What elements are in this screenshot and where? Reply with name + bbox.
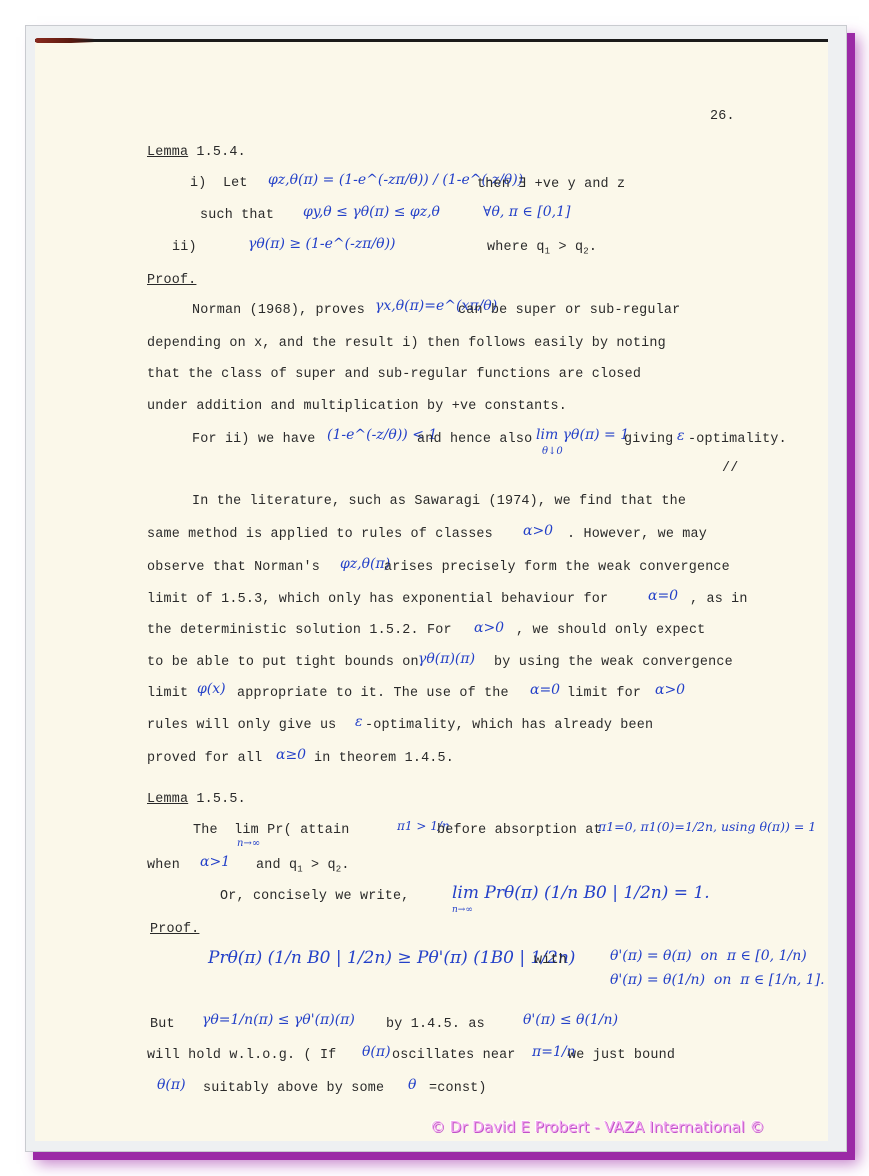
- such-that: such that: [200, 208, 274, 223]
- page-top-edge: [35, 39, 828, 42]
- para-line: the deterministic solution 1.5.2. For: [147, 623, 452, 638]
- page-number: 26.: [710, 109, 735, 124]
- formula-with-1: θ'(π) = θ(π) on π ∈ [0, 1/n): [610, 948, 807, 964]
- where-q: where q: [487, 240, 545, 255]
- formula-lim-sub: θ↓0: [542, 446, 563, 457]
- copyright-watermark: © Dr David E Probert - VAZA Internationa…: [430, 1118, 765, 1136]
- para-line: observe that Norman's: [147, 560, 320, 575]
- proof-line: under addition and multiplication by +ve…: [147, 399, 567, 414]
- para-line: proved for all: [147, 751, 262, 766]
- proof-line: can be super or sub-regular: [458, 303, 680, 318]
- const: =const): [429, 1081, 487, 1096]
- formula-quantifier: ∀θ, π ∈ [0,1]: [483, 204, 570, 220]
- para-line: limit for: [567, 686, 641, 701]
- suit-line: suitably above by some: [203, 1081, 384, 1096]
- para-line: arises precisely form the weak convergen…: [384, 560, 730, 575]
- alpha-eq-0: α=0: [648, 588, 678, 604]
- will-line: we just bound: [568, 1048, 675, 1063]
- proof-line: Norman (1968), proves: [192, 303, 365, 318]
- proof-line: -optimality.: [688, 432, 787, 447]
- proof-line: and hence also: [417, 432, 532, 447]
- will-line: oscillates near: [392, 1048, 516, 1063]
- lim-sub: n→∞: [237, 838, 260, 849]
- para-line: in theorem 1.4.5.: [314, 751, 454, 766]
- lemma2-the-lim: The lim Pr( attain: [193, 823, 349, 838]
- alpha-eq-0: α=0: [530, 682, 560, 698]
- epsilon: ε: [677, 428, 685, 444]
- para-line: . However, we may: [567, 527, 707, 542]
- and-q-text: and q: [256, 858, 297, 873]
- will-line: will hold w.l.o.g. ( If: [147, 1048, 336, 1063]
- formula-gamma-lower: γθ(π) ≥ (1-e^(-zπ/θ)): [248, 236, 396, 252]
- gt-q: > q: [303, 858, 336, 873]
- para-line: -optimality, which has already been: [365, 718, 653, 733]
- lemma-1-5-5-heading: Lemma 1.5.5.: [147, 792, 246, 807]
- alpha-gt-0: α>0: [474, 620, 504, 636]
- para-line: by using the weak convergence: [494, 655, 733, 670]
- formula-lim: lim γθ(π) = 1: [536, 427, 629, 443]
- lemma-i-label: i) Let: [190, 176, 248, 191]
- para-line: limit: [147, 686, 188, 701]
- formula-with-2: θ'(π) = θ(1/n) on π ∈ [1/n, 1].: [610, 972, 825, 988]
- para-line: , as in: [690, 592, 748, 607]
- formula-phi-z-norman: φz,θ(π): [340, 556, 390, 572]
- para-line: rules will only give us: [147, 718, 336, 733]
- alpha-gt-0: α>0: [523, 523, 553, 539]
- with: with: [534, 953, 567, 968]
- proof-line: giving: [624, 432, 673, 447]
- epsilon: ε: [355, 714, 363, 730]
- when: when: [147, 858, 180, 873]
- formula-bounds: φy,θ ≤ γθ(π) ≤ φz,θ: [303, 204, 440, 220]
- proof-line: For ii) we have: [192, 432, 316, 447]
- qed-mark: //: [722, 461, 738, 476]
- formula-by: θ'(π) ≤ θ(1/n): [523, 1012, 618, 1028]
- formula-concise: lim Prθ(π) (1/n B0 | 1/2n) = 1.: [452, 883, 710, 903]
- alpha-ge-0: α≥0: [276, 747, 306, 763]
- proof-line: depending on x, and the result i) then f…: [147, 336, 666, 351]
- alpha-gt-0: α>0: [655, 682, 685, 698]
- formula-concise-sub: n→∞: [452, 905, 473, 915]
- lemma-number: 1.5.4.: [188, 145, 246, 160]
- proof-heading: Proof.: [147, 273, 196, 288]
- but: But: [150, 1017, 175, 1032]
- by: by 1.4.5. as: [386, 1017, 485, 1032]
- alpha-gt-1: α>1: [200, 854, 230, 870]
- lemma-number: 1.5.5.: [188, 792, 246, 807]
- formula-but: γθ=1/n(π) ≤ γθ'(π)(π): [202, 1012, 355, 1028]
- lemma2-before: before absorption at: [437, 823, 602, 838]
- formula-pr-inequality: Prθ(π) (1/n B0 | 1/2n) ≥ Pθ'(π) (1B0 | 1…: [208, 948, 575, 968]
- formula-absorb: π1=0, π1(0)=1/2n, using θ(π)) = 1: [598, 819, 816, 834]
- and-q: and q1 > q2.: [256, 858, 350, 875]
- para-line: In the literature, such as Sawaragi (197…: [192, 494, 686, 509]
- theta: θ: [408, 1077, 416, 1093]
- para-line: appropriate to it. The use of the: [237, 686, 509, 701]
- period: .: [589, 240, 597, 255]
- para-line: same method is applied to rules of class…: [147, 527, 493, 542]
- gt-q: > q: [550, 240, 583, 255]
- proof2-heading: Proof.: [150, 922, 199, 937]
- period: .: [341, 858, 349, 873]
- formula-phi-x: φ(x): [197, 681, 226, 697]
- lemma-ii-label: ii): [172, 240, 197, 255]
- theta-pi: θ(π): [157, 1077, 186, 1093]
- concise: Or, concisely we write,: [220, 889, 409, 904]
- theta-pi: θ(π): [362, 1044, 391, 1060]
- formula-gamma-theta: γθ(π)(π): [418, 651, 475, 667]
- proof-line: that the class of super and sub-regular …: [147, 367, 641, 382]
- lemma-ii-text: where q1 > q2.: [487, 240, 597, 257]
- para-line: to be able to put tight bounds on: [147, 655, 419, 670]
- para-line: , we should only expect: [516, 623, 705, 638]
- lemma-label: Lemma: [147, 792, 188, 807]
- para-line: limit of 1.5.3, which only has exponenti…: [147, 592, 608, 607]
- lemma-i-text: then ∃ +ve y and z: [477, 176, 625, 192]
- lemma-1-5-4-heading: Lemma 1.5.4.: [147, 145, 246, 160]
- lemma-label: Lemma: [147, 145, 188, 160]
